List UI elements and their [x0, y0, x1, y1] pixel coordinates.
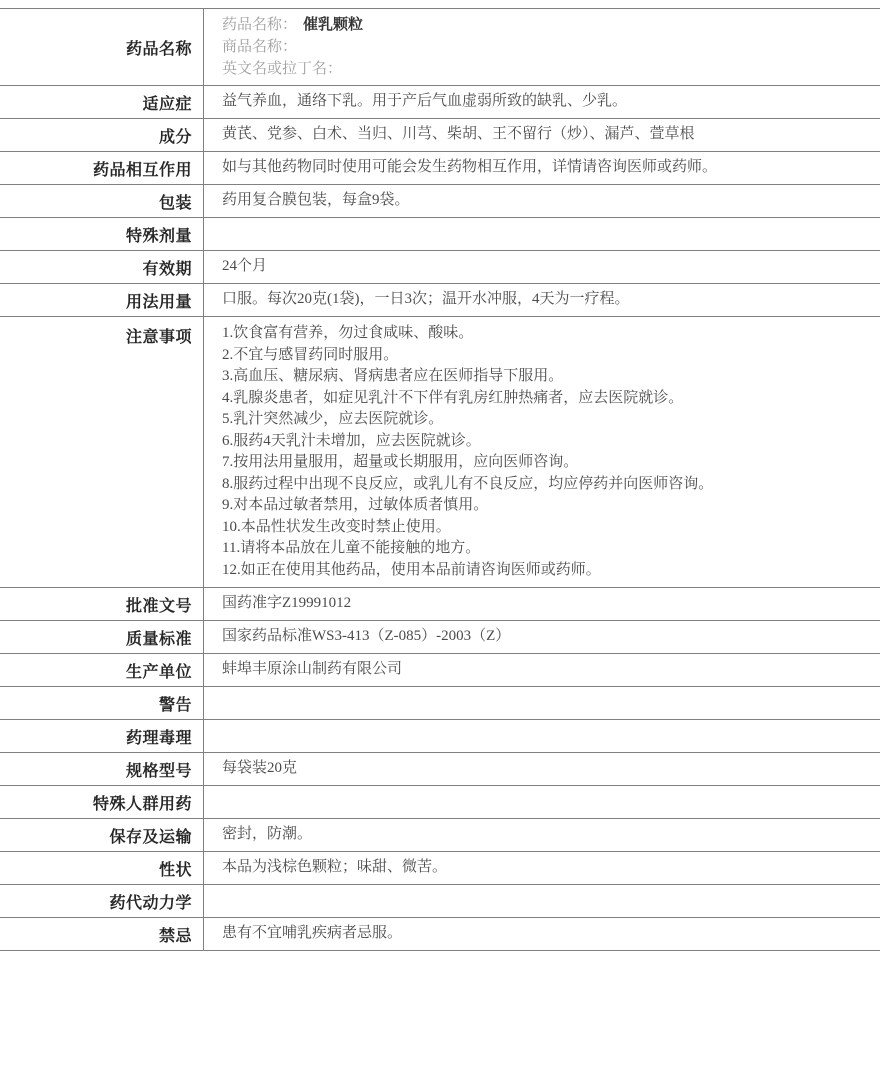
table-row-warning: 警告: [0, 687, 880, 720]
table-row-pharmacokinetics: 药代动力学: [0, 885, 880, 918]
row-label-approval-number: 批准文号: [0, 588, 204, 620]
row-value-approval-number: 国药准字Z19991012: [204, 588, 880, 620]
row-label-contraindications: 禁忌: [0, 918, 204, 950]
table-row-special-dosage: 特殊剂量: [0, 218, 880, 251]
precaution-item: 1.饮食富有营养，勿过食咸味、酸味。: [222, 323, 870, 345]
precaution-item: 6.服药4天乳汁未增加，应去医院就诊。: [222, 431, 870, 453]
row-label-shelf-life: 有效期: [0, 251, 204, 283]
row-value-quality-standard: 国家药品标准WS3-413（Z-085）-2003（Z）: [204, 621, 880, 653]
name-line-prefix: 商品名称：: [222, 39, 297, 55]
row-value-manufacturer: 蚌埠丰原涂山制药有限公司: [204, 654, 880, 686]
row-value-text: 24个月: [222, 256, 870, 278]
row-value-shelf-life: 24个月: [204, 251, 880, 283]
row-value-indications: 益气养血，通络下乳。用于产后气血虚弱所致的缺乳、少乳。: [204, 86, 880, 118]
name-line-value: 催乳颗粒: [303, 17, 363, 33]
name-line-2: 英文名或拉丁名：: [222, 58, 870, 80]
row-label-special-dosage: 特殊剂量: [0, 218, 204, 250]
row-value-pharmacokinetics: [204, 885, 880, 917]
row-label-manufacturer: 生产单位: [0, 654, 204, 686]
row-value-text: 药用复合膜包装，每盒9袋。: [222, 190, 870, 212]
row-label-description: 性状: [0, 852, 204, 884]
name-line-1: 商品名称：: [222, 36, 870, 58]
table-row-shelf-life: 有效期24个月: [0, 251, 880, 284]
table-row-indications: 适应症益气养血，通络下乳。用于产后气血虚弱所致的缺乳、少乳。: [0, 86, 880, 119]
row-label-dosage-usage: 用法用量: [0, 284, 204, 316]
row-value-text: 患有不宜哺乳疾病者忌服。: [222, 923, 870, 945]
row-label-pharmacology-toxicology: 药理毒理: [0, 720, 204, 752]
row-label-ingredients: 成分: [0, 119, 204, 151]
row-value-warning: [204, 687, 880, 719]
row-value-text: 益气养血，通络下乳。用于产后气血虚弱所致的缺乳、少乳。: [222, 91, 870, 113]
row-value-text: 国家药品标准WS3-413（Z-085）-2003（Z）: [222, 626, 870, 648]
table-row-drug-interactions: 药品相互作用如与其他药物同时使用可能会发生药物相互作用，详情请咨询医师或药师。: [0, 152, 880, 185]
table-row-pharmacology-toxicology: 药理毒理: [0, 720, 880, 753]
table-row-storage-transport: 保存及运输密封，防潮。: [0, 819, 880, 852]
row-value-pharmacology-toxicology: [204, 720, 880, 752]
row-value-special-dosage: [204, 218, 880, 250]
precaution-item: 3.高血压、糖尿病、肾病患者应在医师指导下服用。: [222, 366, 870, 388]
row-label-packaging: 包装: [0, 185, 204, 217]
row-value-dosage-usage: 口服。每次20克(1袋)，一日3次；温开水冲服，4天为一疗程。: [204, 284, 880, 316]
table-row-packaging: 包装药用复合膜包装，每盒9袋。: [0, 185, 880, 218]
precaution-item: 9.对本品过敏者禁用，过敏体质者慎用。: [222, 495, 870, 517]
row-label-quality-standard: 质量标准: [0, 621, 204, 653]
table-row-dosage-usage: 用法用量口服。每次20克(1袋)，一日3次；温开水冲服，4天为一疗程。: [0, 284, 880, 317]
row-value-contraindications: 患有不宜哺乳疾病者忌服。: [204, 918, 880, 950]
table-row-precautions: 注意事项1.饮食富有营养，勿过食咸味、酸味。2.不宜与感冒药同时服用。3.高血压…: [0, 317, 880, 588]
row-value-text: 密封，防潮。: [222, 824, 870, 846]
precaution-item: 8.服药过程中出现不良反应，或乳儿有不良反应，均应停药并向医师咨询。: [222, 474, 870, 496]
row-value-text: 本品为浅棕色颗粒；味甜、微苦。: [222, 857, 870, 879]
row-value-text: 每袋装20克: [222, 758, 870, 780]
table-row-ingredients: 成分黄芪、党参、白术、当归、川芎、柴胡、王不留行（炒）、漏芦、萱草根: [0, 119, 880, 152]
row-label-indications: 适应症: [0, 86, 204, 118]
name-line-prefix: 药品名称：: [222, 17, 297, 33]
precaution-item: 5.乳汁突然减少，应去医院就诊。: [222, 409, 870, 431]
row-value-drug-interactions: 如与其他药物同时使用可能会发生药物相互作用，详情请咨询医师或药师。: [204, 152, 880, 184]
row-label-pharmacokinetics: 药代动力学: [0, 885, 204, 917]
row-value-text: 口服。每次20克(1袋)，一日3次；温开水冲服，4天为一疗程。: [222, 289, 870, 311]
row-label-special-populations: 特殊人群用药: [0, 786, 204, 818]
table-row-description: 性状本品为浅棕色颗粒；味甜、微苦。: [0, 852, 880, 885]
row-label-specification: 规格型号: [0, 753, 204, 785]
row-value-drug-name: 药品名称：催乳颗粒商品名称：英文名或拉丁名：: [204, 9, 880, 85]
row-value-text: 如与其他药物同时使用可能会发生药物相互作用，详情请咨询医师或药师。: [222, 157, 870, 179]
row-value-text: 黄芪、党参、白术、当归、川芎、柴胡、王不留行（炒）、漏芦、萱草根: [222, 124, 870, 146]
row-value-description: 本品为浅棕色颗粒；味甜、微苦。: [204, 852, 880, 884]
table-row-special-populations: 特殊人群用药: [0, 786, 880, 819]
row-label-warning: 警告: [0, 687, 204, 719]
precaution-item: 4.乳腺炎患者，如症见乳汁不下伴有乳房红肿热痛者，应去医院就诊。: [222, 388, 870, 410]
drug-info-table: 药品名称药品名称：催乳颗粒商品名称：英文名或拉丁名：适应症益气养血，通络下乳。用…: [0, 8, 880, 951]
precaution-item: 10.本品性状发生改变时禁止使用。: [222, 517, 870, 539]
row-label-precautions: 注意事项: [0, 317, 204, 587]
row-value-packaging: 药用复合膜包装，每盒9袋。: [204, 185, 880, 217]
row-value-specification: 每袋装20克: [204, 753, 880, 785]
precaution-item: 11.请将本品放在儿童不能接触的地方。: [222, 538, 870, 560]
row-value-ingredients: 黄芪、党参、白术、当归、川芎、柴胡、王不留行（炒）、漏芦、萱草根: [204, 119, 880, 151]
row-label-storage-transport: 保存及运输: [0, 819, 204, 851]
table-row-specification: 规格型号每袋装20克: [0, 753, 880, 786]
table-row-contraindications: 禁忌患有不宜哺乳疾病者忌服。: [0, 918, 880, 951]
table-row-quality-standard: 质量标准国家药品标准WS3-413（Z-085）-2003（Z）: [0, 621, 880, 654]
row-value-storage-transport: 密封，防潮。: [204, 819, 880, 851]
precaution-item: 7.按用法用量服用，超量或长期服用，应向医师咨询。: [222, 452, 870, 474]
row-value-special-populations: [204, 786, 880, 818]
table-row-drug-name: 药品名称药品名称：催乳颗粒商品名称：英文名或拉丁名：: [0, 9, 880, 86]
row-label-drug-interactions: 药品相互作用: [0, 152, 204, 184]
table-row-approval-number: 批准文号国药准字Z19991012: [0, 588, 880, 621]
row-label-drug-name: 药品名称: [0, 9, 204, 85]
name-line-prefix: 英文名或拉丁名：: [222, 61, 342, 77]
row-value-text: 蚌埠丰原涂山制药有限公司: [222, 659, 870, 681]
name-line-0: 药品名称：催乳颗粒: [222, 14, 870, 36]
precaution-item: 12.如正在使用其他药品，使用本品前请咨询医师或药师。: [222, 560, 870, 582]
precaution-item: 2.不宜与感冒药同时服用。: [222, 345, 870, 367]
row-value-precautions: 1.饮食富有营养，勿过食咸味、酸味。2.不宜与感冒药同时服用。3.高血压、糖尿病…: [204, 317, 880, 587]
table-row-manufacturer: 生产单位蚌埠丰原涂山制药有限公司: [0, 654, 880, 687]
row-value-text: 国药准字Z19991012: [222, 593, 870, 615]
